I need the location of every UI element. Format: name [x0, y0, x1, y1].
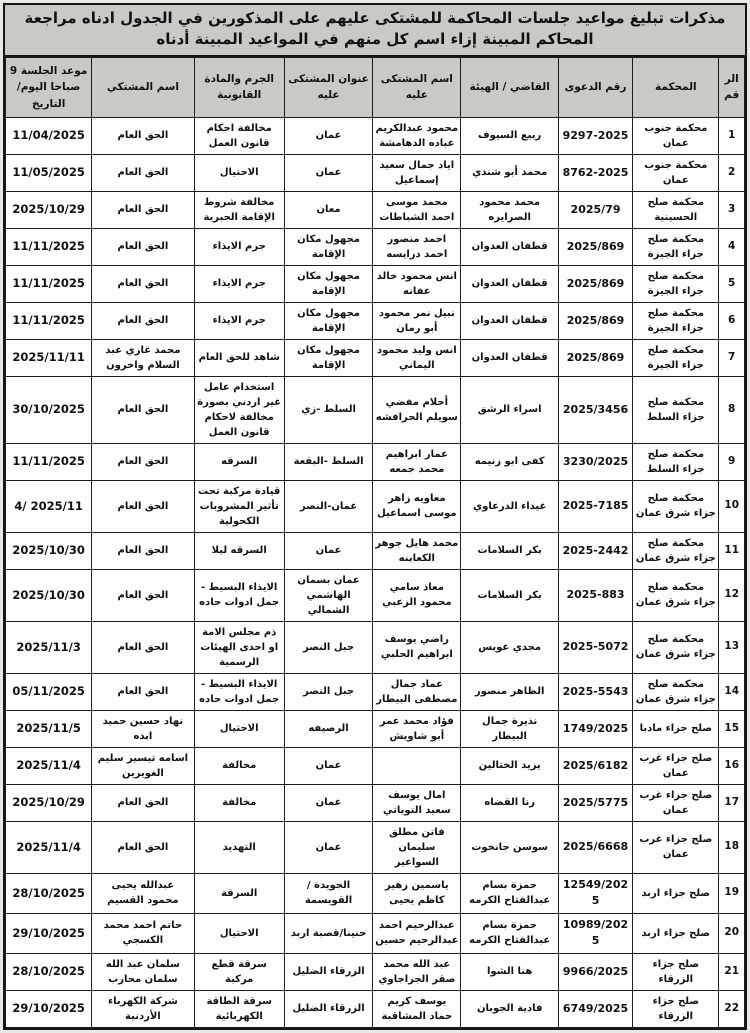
cell-charge: السرقه ليلا — [194, 532, 284, 569]
cell-address: مجهول مكان الإقامة — [284, 228, 372, 265]
cell-date: 11/11/2025 — [6, 302, 92, 339]
cell-complainant: حاتم احمد محمد الكسجي — [92, 913, 194, 953]
table-row: 15صلح جزاء مادبا1749/2025نذيرة جمال البي… — [6, 710, 745, 747]
cell-num: 7 — [719, 339, 745, 376]
cell-court: محكمة صلح الحسينية — [633, 191, 719, 228]
cell-case: 2025/6668 — [558, 821, 632, 873]
cell-case: 2025/79 — [558, 191, 632, 228]
cell-case: 9297-2025 — [558, 117, 632, 154]
column-header-court: المحكمة — [633, 58, 719, 118]
cell-address: الزرقاء الضليل — [284, 990, 372, 1027]
cell-judge: فادية الجوبان — [461, 990, 558, 1027]
cell-judge: قطفان العدوان — [461, 265, 558, 302]
cell-defendant: يوسف كريم حماد المشاقبة — [373, 990, 461, 1027]
cell-complainant: الحق العام — [92, 117, 194, 154]
cell-complainant: الحق العام — [92, 621, 194, 673]
cell-case: 2025/869 — [558, 302, 632, 339]
cell-court: محكمة صلح جزاء شرق عمان — [633, 673, 719, 710]
cell-date: 11/11/2025 — [6, 443, 92, 480]
cell-complainant: الحق العام — [92, 154, 194, 191]
cell-case: 2025/869 — [558, 265, 632, 302]
cell-complainant: الحق العام — [92, 569, 194, 621]
cell-date: 2025/10/30 — [6, 532, 92, 569]
cell-defendant: عمار ابراهيم محمد جمعه — [373, 443, 461, 480]
cell-num: 22 — [719, 990, 745, 1027]
cell-complainant: الحق العام — [92, 480, 194, 532]
cell-complainant: الحق العام — [92, 443, 194, 480]
cell-address: الجويدة / القويسمة — [284, 873, 372, 913]
cell-charge: السرقة — [194, 873, 284, 913]
column-header-charge: الجرم والمادة القانونية — [194, 58, 284, 118]
cell-case: 1749/2025 — [558, 710, 632, 747]
cell-judge: هنا الشوا — [461, 953, 558, 990]
table-row: 14محكمة صلح جزاء شرق عمان2025-5543الظاهر… — [6, 673, 745, 710]
cell-judge: الظاهر منصور — [461, 673, 558, 710]
column-header-date: موعد الجلسة 9 صباحا اليوم/التاريخ — [6, 58, 92, 118]
cell-date: 2025/10/29 — [6, 784, 92, 821]
cell-case: 6749/2025 — [558, 990, 632, 1027]
cell-date: 29/10/2025 — [6, 990, 92, 1027]
cell-charge: سرقة الطاقة الكهربائية — [194, 990, 284, 1027]
cell-defendant: نبيل نمر محمود أبو رمان — [373, 302, 461, 339]
cell-num: 2 — [719, 154, 745, 191]
cell-court: محكمة صلح جزاء الجيزة — [633, 339, 719, 376]
table-row: 8محكمة صلح جزاء السلط2025/3456اسراء الرش… — [6, 376, 745, 443]
cell-complainant: محمد غازي عبد السلام واخرون — [92, 339, 194, 376]
page: مذكرات تبليغ مواعيد جلسات المحاكمة للمشت… — [0, 0, 750, 1033]
header-row: الرقمالمحكمةرقم الدعوىالقاضي / الهيئةاسم… — [6, 58, 745, 118]
table-row: 21صلح جزاء الزرقاء9966/2025هنا الشواعبد … — [6, 953, 745, 990]
cell-complainant: الحق العام — [92, 376, 194, 443]
cell-court: محكمة صلح جزاء الجيزة — [633, 265, 719, 302]
cell-court: صلح جزاء غرب عمان — [633, 747, 719, 784]
cell-case: 2025-5072 — [558, 621, 632, 673]
cell-address: السلط -البقعة — [284, 443, 372, 480]
cell-complainant: الحق العام — [92, 265, 194, 302]
cell-case: 2025-7185 — [558, 480, 632, 532]
cell-complainant: الحق العام — [92, 228, 194, 265]
cell-judge: رنا القضاه — [461, 784, 558, 821]
cell-num: 17 — [719, 784, 745, 821]
cell-num: 11 — [719, 532, 745, 569]
cell-court: محكمة صلح جزاء شرق عمان — [633, 532, 719, 569]
table-row: 22صلح جزاء الزرقاء6749/2025فادية الجوبان… — [6, 990, 745, 1027]
cell-num: 12 — [719, 569, 745, 621]
cell-court: محكمة جنوب عمان — [633, 154, 719, 191]
cell-complainant: شركة الكهرباء الأردنية — [92, 990, 194, 1027]
column-header-defendant: اسم المشتكى عليه — [373, 58, 461, 118]
cell-charge: شاهد للحق العام — [194, 339, 284, 376]
cell-charge: الاحتيال — [194, 154, 284, 191]
cell-num: 4 — [719, 228, 745, 265]
cell-complainant: عبدالله يحيى محمود القسيم — [92, 873, 194, 913]
cell-defendant: معاويه زاهر موسى اسماعيل — [373, 480, 461, 532]
cell-complainant: اسامه تيسير سليم الغويرين — [92, 747, 194, 784]
cell-defendant: محمد هايل جوهر الكعابنه — [373, 532, 461, 569]
table-row: 12محكمة صلح جزاء شرق عمان2025-883بكر الس… — [6, 569, 745, 621]
cell-court: محكمة صلح جزاء شرق عمان — [633, 480, 719, 532]
cell-address: عمان — [284, 532, 372, 569]
cell-case: 2025/5775 — [558, 784, 632, 821]
cell-judge: سوسن جانخوت — [461, 821, 558, 873]
cell-charge: جرم الايذاء — [194, 302, 284, 339]
cell-address: جبل النصر — [284, 673, 372, 710]
cell-num: 1 — [719, 117, 745, 154]
cell-court: صلح جزاء غرب عمان — [633, 821, 719, 873]
cell-charge: سرقة قطع مركبة — [194, 953, 284, 990]
table-row: 10محكمة صلح جزاء شرق عمان2025-7185غيداء … — [6, 480, 745, 532]
table-row: 7محكمة صلح جزاء الجيزة2025/869قطفان العد… — [6, 339, 745, 376]
cell-charge: جرم الايذاء — [194, 228, 284, 265]
cell-case: 3230/2025 — [558, 443, 632, 480]
cell-court: محكمة صلح جزاء شرق عمان — [633, 621, 719, 673]
cell-case: 2025/869 — [558, 339, 632, 376]
column-header-address: عنوان المشتكى عليه — [284, 58, 372, 118]
cell-judge: محمد أبو شندي — [461, 154, 558, 191]
notices-table: الرقمالمحكمةرقم الدعوىالقاضي / الهيئةاسم… — [5, 57, 745, 1028]
cell-case: 2025-5543 — [558, 673, 632, 710]
cell-defendant: فاتن مطلق سليمان السواعير — [373, 821, 461, 873]
cell-court: صلح جزاء الزرقاء — [633, 990, 719, 1027]
cell-charge: مخالفة شروط الإقامة الجبرية — [194, 191, 284, 228]
cell-num: 16 — [719, 747, 745, 784]
table-row: 1محكمة جنوب عمان9297-2025ربيع السيوفمحمو… — [6, 117, 745, 154]
cell-address: السلط -زي — [284, 376, 372, 443]
cell-charge: مخالفة — [194, 747, 284, 784]
cell-case: 2025/3456 — [558, 376, 632, 443]
cell-charge: الاحتيال — [194, 710, 284, 747]
cell-defendant: عماد جمال مصطفى البيطار — [373, 673, 461, 710]
table-row: 9محكمة صلح جزاء السلط3230/2025كفى ابو زن… — [6, 443, 745, 480]
cell-charge: جرم الايذاء — [194, 265, 284, 302]
cell-court: محكمة صلح جزاء الجيزة — [633, 302, 719, 339]
cell-date: 11/04/2025 — [6, 117, 92, 154]
column-header-judge: القاضي / الهيئة — [461, 58, 558, 118]
cell-address: معان — [284, 191, 372, 228]
column-header-complainant: اسم المشتكي — [92, 58, 194, 118]
table-row: 11محكمة صلح جزاء شرق عمان2025-2442بكر ال… — [6, 532, 745, 569]
cell-judge: ربيع السيوف — [461, 117, 558, 154]
cell-case: 2025/869 — [558, 228, 632, 265]
cell-address: جبل النصر — [284, 621, 372, 673]
table-row: 13محكمة صلح جزاء شرق عمان2025-5072مجدي ع… — [6, 621, 745, 673]
cell-judge: حمزة بسام عبدالفتاح الكرمه — [461, 873, 558, 913]
column-header-case: رقم الدعوى — [558, 58, 632, 118]
cell-complainant: الحق العام — [92, 532, 194, 569]
cell-defendant: فؤاد محمد عمر أبو شاويش — [373, 710, 461, 747]
cell-num: 10 — [719, 480, 745, 532]
table-header: الرقمالمحكمةرقم الدعوىالقاضي / الهيئةاسم… — [6, 58, 745, 118]
cell-defendant: ياسمين زهير كاظم يحيى — [373, 873, 461, 913]
cell-complainant: الحق العام — [92, 302, 194, 339]
cell-court: صلح جزاء غرب عمان — [633, 784, 719, 821]
cell-address: عمان بسمان الهاشمي الشمالي — [284, 569, 372, 621]
cell-date: 30/10/2025 — [6, 376, 92, 443]
cell-defendant: محمد موسى احمد الشباطات — [373, 191, 461, 228]
table-body: 1محكمة جنوب عمان9297-2025ربيع السيوفمحمو… — [6, 117, 745, 1027]
cell-complainant: الحق العام — [92, 673, 194, 710]
cell-judge: حمزة بسام عبدالفتاح الكرمه — [461, 913, 558, 953]
table-row: 4محكمة صلح جزاء الجيزة2025/869قطفان العد… — [6, 228, 745, 265]
cell-date: 28/10/2025 — [6, 953, 92, 990]
table-row: 5محكمة صلح جزاء الجيزة2025/869قطفان العد… — [6, 265, 745, 302]
cell-num: 6 — [719, 302, 745, 339]
cell-date: 4/ 2025/11 — [6, 480, 92, 532]
cell-num: 8 — [719, 376, 745, 443]
cell-judge: محمد محمود الصرايره — [461, 191, 558, 228]
cell-date: 2025/11/11 — [6, 339, 92, 376]
cell-address: عمان — [284, 747, 372, 784]
cell-num: 13 — [719, 621, 745, 673]
cell-num: 3 — [719, 191, 745, 228]
cell-complainant: سلمان عبد الله سلمان محارب — [92, 953, 194, 990]
cell-defendant: انس وليد محمود اليماني — [373, 339, 461, 376]
cell-court: محكمة جنوب عمان — [633, 117, 719, 154]
cell-judge: غيداء الدرعاوي — [461, 480, 558, 532]
cell-court: صلح جزاء الزرقاء — [633, 953, 719, 990]
cell-defendant — [373, 747, 461, 784]
table-row: 18صلح جزاء غرب عمان2025/6668سوسن جانخوتف… — [6, 821, 745, 873]
cell-date: 11/11/2025 — [6, 265, 92, 302]
cell-charge: استخدام عامل غير اردني بصورة مخالفة لاحك… — [194, 376, 284, 443]
cell-defendant: راضي يوسف ابراهيم الحلبي — [373, 621, 461, 673]
cell-defendant: انس محمود خالد عفانه — [373, 265, 461, 302]
cell-address: مجهول مكان الإقامة — [284, 339, 372, 376]
cell-judge: بكر السلامات — [461, 569, 558, 621]
cell-complainant: الحق العام — [92, 821, 194, 873]
cell-charge: الايذاء البسيط - جمل ادوات حاده — [194, 673, 284, 710]
table-row: 19صلح جزاء اربد12549/2025حمزة بسام عبدال… — [6, 873, 745, 913]
column-header-num: الرقم — [719, 58, 745, 118]
cell-case: 2025/6182 — [558, 747, 632, 784]
cell-address: مجهول مكان الإقامة — [284, 302, 372, 339]
cell-case: 12549/2025 — [558, 873, 632, 913]
cell-defendant: امال يوسف سعيد التوياتي — [373, 784, 461, 821]
cell-charge: ذم مجلس الامة او احدى الهيئات الرسمية — [194, 621, 284, 673]
table-row: 2محكمة جنوب عمان8762-2025محمد أبو شندياي… — [6, 154, 745, 191]
cell-date: 2025/11/3 — [6, 621, 92, 673]
table-row: 17صلح جزاء غرب عمان2025/5775رنا القضاهام… — [6, 784, 745, 821]
cell-date: 29/10/2025 — [6, 913, 92, 953]
cell-court: صلح جزاء مادبا — [633, 710, 719, 747]
cell-court: محكمة صلح جزاء الجيزة — [633, 228, 719, 265]
cell-case: 9966/2025 — [558, 953, 632, 990]
cell-complainant: نهاد حسين حميد ابده — [92, 710, 194, 747]
cell-num: 14 — [719, 673, 745, 710]
table-row: 20صلح جزاء اربد10989/2025حمزة بسام عبدال… — [6, 913, 745, 953]
cell-defendant: عبد الله محمد صقر الجراجاوي — [373, 953, 461, 990]
cell-defendant: عبدالرحيم احمد عبدالرحيم حسين — [373, 913, 461, 953]
notices-document: مذكرات تبليغ مواعيد جلسات المحاكمة للمشت… — [3, 3, 747, 1030]
cell-charge: الاحتيال — [194, 913, 284, 953]
cell-date: 2025/10/30 — [6, 569, 92, 621]
cell-date: 11/11/2025 — [6, 228, 92, 265]
cell-defendant: محمود عبدالكريم عباده الدهامشة — [373, 117, 461, 154]
cell-court: صلح جزاء اربد — [633, 913, 719, 953]
cell-address: الزرقاء الضليل — [284, 953, 372, 990]
cell-address: مجهول مكان الإقامة — [284, 265, 372, 302]
cell-case: 10989/2025 — [558, 913, 632, 953]
cell-address: عمان — [284, 154, 372, 191]
cell-num: 19 — [719, 873, 745, 913]
cell-judge: قطفان العدوان — [461, 302, 558, 339]
cell-defendant: احمد منصور احمد درايسه — [373, 228, 461, 265]
cell-charge: قيادة مركبة تحت تأثير المشروبات الكحولية — [194, 480, 284, 532]
cell-date: 2025/10/29 — [6, 191, 92, 228]
cell-defendant: اياد جمال سعيد إسماعيل — [373, 154, 461, 191]
cell-num: 5 — [719, 265, 745, 302]
cell-date: 05/11/2025 — [6, 673, 92, 710]
cell-address: عمان — [284, 784, 372, 821]
cell-num: 18 — [719, 821, 745, 873]
cell-complainant: الحق العام — [92, 784, 194, 821]
cell-address: عمان — [284, 117, 372, 154]
cell-case: 2025-2442 — [558, 532, 632, 569]
cell-judge: نذيرة جمال البيطار — [461, 710, 558, 747]
cell-address: حنينا/قصبة اربد — [284, 913, 372, 953]
cell-court: محكمة صلح جزاء السلط — [633, 443, 719, 480]
cell-date: 2025/11/4 — [6, 747, 92, 784]
cell-charge: مخالفة احكام قانون العمل — [194, 117, 284, 154]
cell-judge: كفى ابو زنيمه — [461, 443, 558, 480]
cell-num: 15 — [719, 710, 745, 747]
cell-address: عمان — [284, 821, 372, 873]
table-row: 16صلح جزاء غرب عمان2025/6182يزيد الختالي… — [6, 747, 745, 784]
cell-charge: التهديد — [194, 821, 284, 873]
cell-complainant: الحق العام — [92, 191, 194, 228]
cell-case: 8762-2025 — [558, 154, 632, 191]
table-row: 6محكمة صلح جزاء الجيزة2025/869قطفان العد… — [6, 302, 745, 339]
cell-address: الرصيفه — [284, 710, 372, 747]
cell-court: محكمة صلح جزاء شرق عمان — [633, 569, 719, 621]
cell-date: 2025/11/5 — [6, 710, 92, 747]
cell-judge: اسراء الرشق — [461, 376, 558, 443]
cell-date: 11/05/2025 — [6, 154, 92, 191]
cell-charge: السرقه — [194, 443, 284, 480]
cell-judge: مجدي عويس — [461, 621, 558, 673]
cell-address: عمان-النصر — [284, 480, 372, 532]
cell-judge: بكر السلامات — [461, 532, 558, 569]
cell-court: صلح جزاء اربد — [633, 873, 719, 913]
cell-charge: الايذاء البسيط - جمل ادوات حاده — [194, 569, 284, 621]
cell-date: 2025/11/4 — [6, 821, 92, 873]
document-title: مذكرات تبليغ مواعيد جلسات المحاكمة للمشت… — [5, 5, 745, 57]
cell-num: 20 — [719, 913, 745, 953]
cell-defendant: أحلام مفضي سويلم الحرافشه — [373, 376, 461, 443]
cell-court: محكمة صلح جزاء السلط — [633, 376, 719, 443]
table-row: 3محكمة صلح الحسينية2025/79محمد محمود الص… — [6, 191, 745, 228]
cell-case: 2025-883 — [558, 569, 632, 621]
cell-num: 21 — [719, 953, 745, 990]
cell-defendant: معاذ سامي محمود الزعبي — [373, 569, 461, 621]
cell-date: 28/10/2025 — [6, 873, 92, 913]
cell-judge: قطفان العدوان — [461, 339, 558, 376]
cell-num: 9 — [719, 443, 745, 480]
cell-charge: مخالفة — [194, 784, 284, 821]
cell-judge: قطفان العدوان — [461, 228, 558, 265]
cell-judge: يزيد الختالين — [461, 747, 558, 784]
